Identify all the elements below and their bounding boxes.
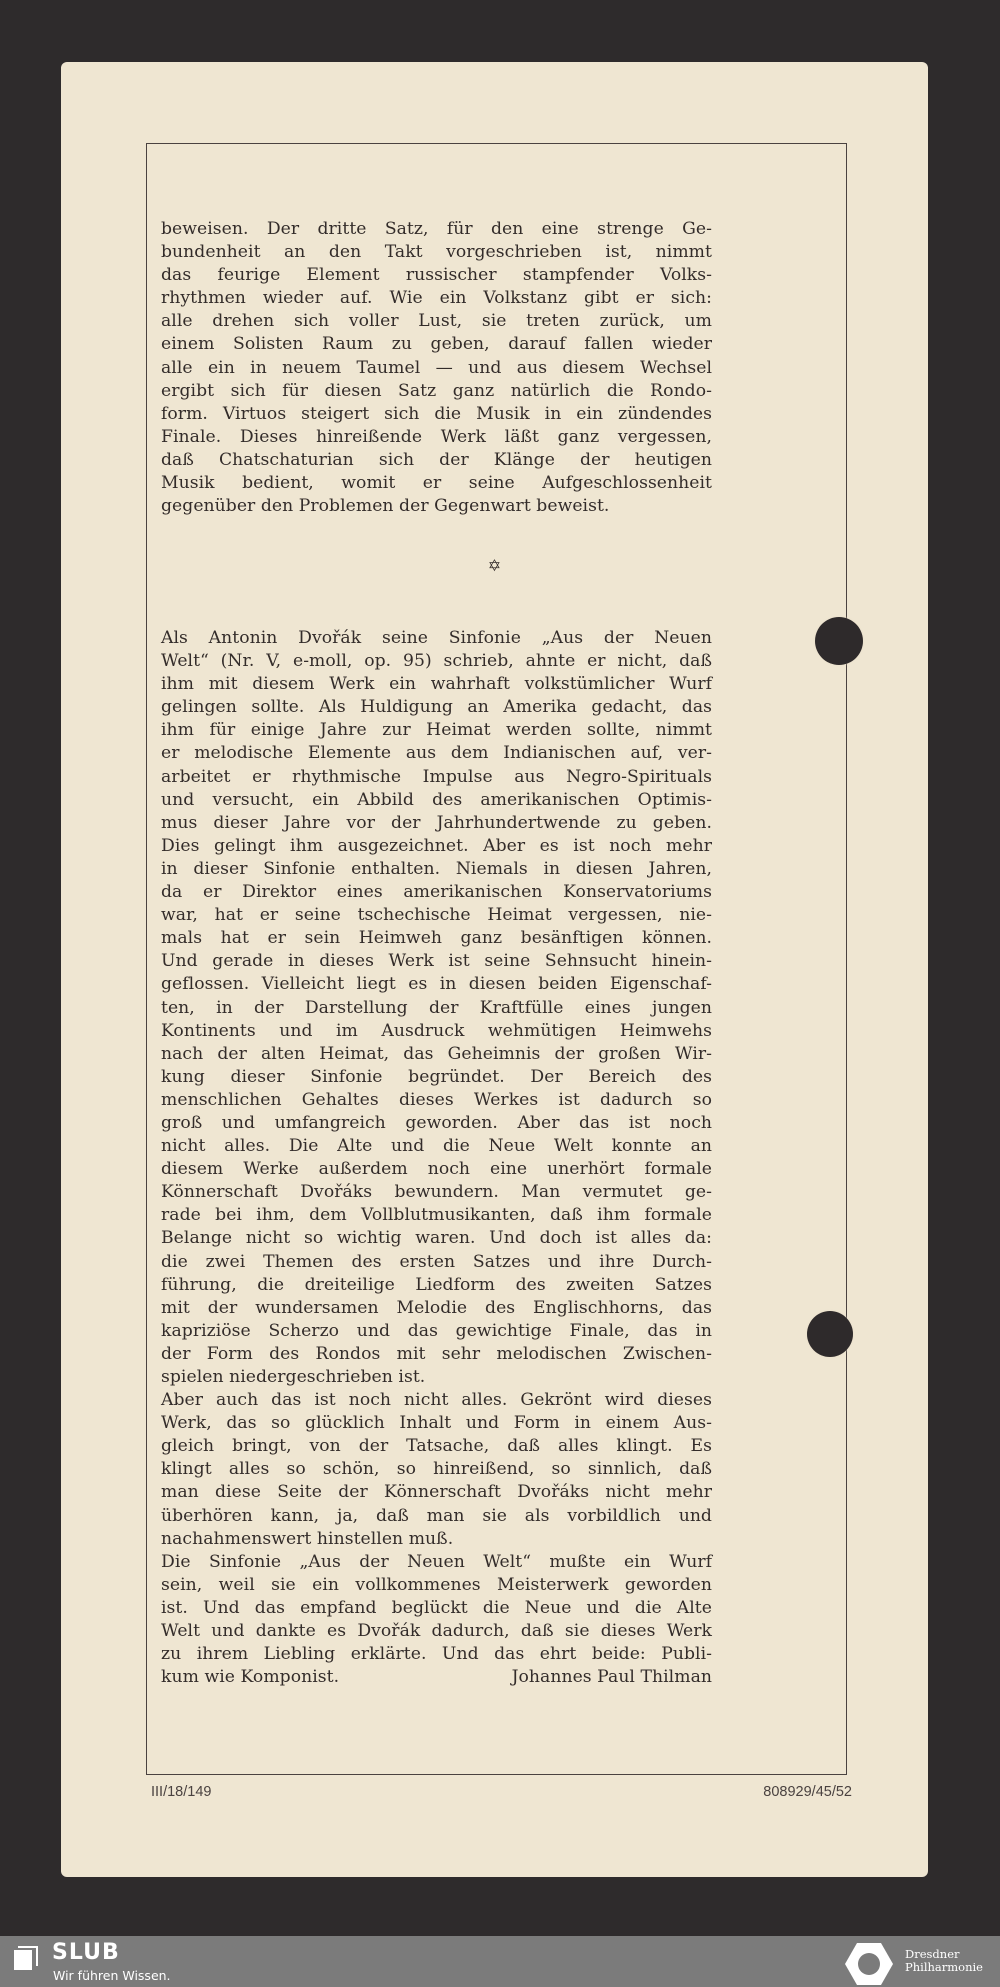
text-line: Die Sinfonie „Aus der Neuen Welt“ mußte … bbox=[161, 1551, 712, 1574]
text-line: bundenheit an den Takt vorgeschrieben is… bbox=[161, 241, 712, 264]
text-line: geflossen. Vielleicht liegt es in diesen… bbox=[161, 973, 712, 996]
viewer-footer-bar: SLUB Wir führen Wissen. Dresdner Philhar… bbox=[0, 1936, 1000, 1987]
philharmonie-brand-name[interactable]: Dresdner Philharmonie bbox=[905, 1948, 983, 1974]
text-line: alle ein in neuem Taumel — und aus diese… bbox=[161, 357, 712, 380]
text-line: ergibt sich für diesen Satz ganz natürli… bbox=[161, 380, 712, 403]
text-line: einem Solisten Raum zu geben, darauf fal… bbox=[161, 333, 712, 356]
text-line: Welt“ (Nr. V, e-moll, op. 95) schrieb, a… bbox=[161, 650, 712, 673]
text-line: alle drehen sich voller Lust, sie treten… bbox=[161, 310, 712, 333]
text-line: groß und umfangreich geworden. Aber das … bbox=[161, 1112, 712, 1135]
paragraph-dvorak-essay: Als Antonin Dvořák seine Sinfonie „Aus d… bbox=[161, 627, 712, 1689]
text-line: menschlichen Gehaltes dieses Werkes ist … bbox=[161, 1089, 712, 1112]
text-line: Musik bedient, womit er seine Aufgeschlo… bbox=[161, 472, 712, 495]
text-line: Aber auch das ist noch nicht alles. Gekr… bbox=[161, 1389, 712, 1412]
punch-hole-bottom bbox=[807, 1311, 853, 1357]
text-line: daß Chatschaturian sich der Klänge der h… bbox=[161, 449, 712, 472]
author-signature: Johannes Paul Thilman bbox=[512, 1666, 712, 1689]
text-line: man diese Seite der Könnerschaft Dvořáks… bbox=[161, 1481, 712, 1504]
text-line: gegenüber den Problemen der Gegenwart be… bbox=[161, 495, 712, 518]
text-line: der Form des Rondos mit sehr melodischen… bbox=[161, 1343, 712, 1366]
closing-line: kum wie Komponist. Johannes Paul Thilman bbox=[161, 1666, 712, 1689]
text-line: gleich bringt, von der Tatsache, daß all… bbox=[161, 1435, 712, 1458]
text-line: Und gerade in dieses Werk ist seine Sehn… bbox=[161, 950, 712, 973]
text-line: kapriziöse Scherzo und das gewichtige Fi… bbox=[161, 1320, 712, 1343]
text-line: Als Antonin Dvořák seine Sinfonie „Aus d… bbox=[161, 627, 712, 650]
text-line: nach der alten Heimat, das Geheimnis der… bbox=[161, 1043, 712, 1066]
text-line: mals hat er sein Heimweh ganz besänftige… bbox=[161, 927, 712, 950]
text-line: nachahmenswert hinstellen muß. bbox=[161, 1528, 712, 1551]
philharmonie-line-2: Philharmonie bbox=[905, 1961, 983, 1974]
slub-tagline: Wir führen Wissen. bbox=[53, 1968, 171, 1983]
star-ornament-icon: ✡ bbox=[61, 556, 928, 575]
text-line: mit der wundersamen Melodie des Englisch… bbox=[161, 1297, 712, 1320]
text-line: überhören kann, ja, daß man sie als vorb… bbox=[161, 1505, 712, 1528]
text-line: kung dieser Sinfonie begründet. Der Bere… bbox=[161, 1066, 712, 1089]
text-line: und versucht, ein Abbild des amerikanisc… bbox=[161, 789, 712, 812]
text-line: führung, die dreiteilige Liedform des zw… bbox=[161, 1274, 712, 1297]
text-line: spielen niedergeschrieben ist. bbox=[161, 1366, 712, 1389]
archive-ref-left: III/18/149 bbox=[151, 1784, 211, 1800]
text-line: zu ihrem Liebling erklärte. Und das ehrt… bbox=[161, 1643, 712, 1666]
punch-hole-top bbox=[815, 617, 863, 665]
text-line: mus dieser Jahre vor der Jahrhundertwend… bbox=[161, 812, 712, 835]
text-line: form. Virtuos steigert sich die Musik in… bbox=[161, 403, 712, 426]
philharmonie-sunburst-logo-icon bbox=[843, 1941, 895, 1987]
text-line: Dies gelingt ihm ausgezeichnet. Aber es … bbox=[161, 835, 712, 858]
text-line: Finale. Dieses hinreißende Werk läßt gan… bbox=[161, 426, 712, 449]
text-line: Könnerschaft Dvořáks bewundern. Man verm… bbox=[161, 1181, 712, 1204]
text-line: rade bei ihm, dem Vollblutmusikanten, da… bbox=[161, 1204, 712, 1227]
closing-text: kum wie Komponist. bbox=[161, 1666, 339, 1689]
text-line: arbeitet er rhythmische Impulse aus Negr… bbox=[161, 766, 712, 789]
text-line: ihm mit diesem Werk ein wahrhaft volkstü… bbox=[161, 673, 712, 696]
text-line: nicht alles. Die Alte und die Neue Welt … bbox=[161, 1135, 712, 1158]
text-line: ist. Und das empfand beglückt die Neue u… bbox=[161, 1597, 712, 1620]
text-line: ihm für einige Jahre zur Heimat werden s… bbox=[161, 719, 712, 742]
text-line: diesem Werke außerdem noch eine unerhört… bbox=[161, 1158, 712, 1181]
text-line: rhythmen wieder auf. Wie ein Volkstanz g… bbox=[161, 287, 712, 310]
text-line: in dieser Sinfonie enthalten. Niemals in… bbox=[161, 858, 712, 881]
text-line: Werk, das so glücklich Inhalt und Form i… bbox=[161, 1412, 712, 1435]
text-line: klingt alles so schön, so hinreißend, so… bbox=[161, 1458, 712, 1481]
text-line: die zwei Themen des ersten Satzes und ih… bbox=[161, 1251, 712, 1274]
text-line: beweisen. Der dritte Satz, für den eine … bbox=[161, 218, 712, 241]
text-line: Kontinents und im Ausdruck wehmütigen He… bbox=[161, 1020, 712, 1043]
paragraph-chatschaturian-ending: beweisen. Der dritte Satz, für den eine … bbox=[161, 218, 712, 518]
text-line: da er Direktor eines amerikanischen Kons… bbox=[161, 881, 712, 904]
text-line: das feurige Element russischer stampfend… bbox=[161, 264, 712, 287]
archive-ref-right: 808929/45/52 bbox=[763, 1784, 852, 1800]
text-line: Welt und dankte es Dvořák dadurch, daß s… bbox=[161, 1620, 712, 1643]
text-line: Belange nicht so wichtig waren. Und doch… bbox=[161, 1227, 712, 1250]
text-line: war, hat er seine tschechische Heimat ve… bbox=[161, 904, 712, 927]
slub-book-logo-icon bbox=[12, 1946, 40, 1970]
text-line: ten, in der Darstellung der Kraftfülle e… bbox=[161, 997, 712, 1020]
text-line: er melodische Elemente aus dem Indianisc… bbox=[161, 742, 712, 765]
text-line: sein, weil sie ein vollkommenes Meisterw… bbox=[161, 1574, 712, 1597]
text-line: gelingen sollte. Als Huldigung an Amerik… bbox=[161, 696, 712, 719]
slub-brand-name[interactable]: SLUB bbox=[52, 1940, 120, 1965]
